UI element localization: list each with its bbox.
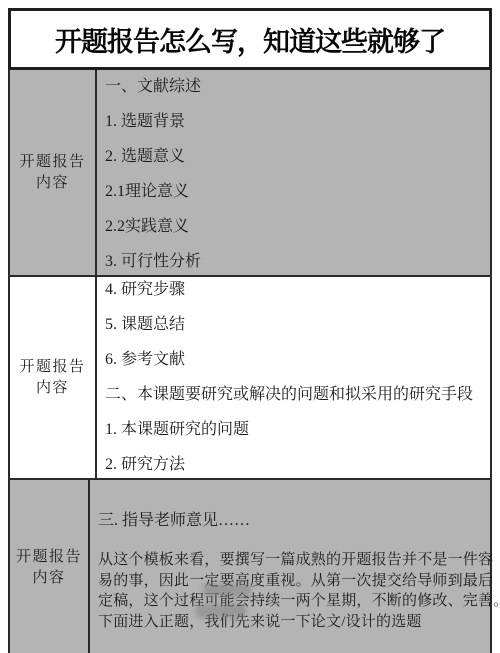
list-item: 1. 本课题研究的问题	[105, 421, 490, 456]
row-label-line: 开题报告	[16, 547, 82, 568]
row-label-cell: 开题报告 内容	[10, 480, 90, 653]
watermark-smudge	[203, 584, 251, 597]
advice-paragraph: 从这个模板来看，要撰写一篇成熟的开题报告并不是一件容 易的事，因此一定要高度重视…	[98, 550, 490, 632]
paragraph-line: 下面进入正题，我们先来说一下论文/设计的选题	[98, 612, 490, 633]
row-label-line: 开题报告	[19, 152, 85, 173]
list-item: 2.1理论意义	[105, 183, 490, 218]
table-row-2: 开题报告 内容 4. 研究步骤 5. 课题总结 6. 参考文献 二、本课题要研究…	[8, 277, 492, 480]
page-title: 开题报告怎么写，知道这些就够了	[55, 20, 445, 59]
paragraph-line: 易的事，因此一定要高度重视。从第一次提交给导师到最后	[98, 571, 490, 592]
row-label-line: 内容	[32, 568, 65, 589]
table-row-3: 开题报告 内容 三. 指导老师意见…… 从这个模板来看，要撰写一篇成熟的开题报告…	[8, 480, 492, 653]
list-item: 二、本课题要研究或解决的问题和拟采用的研究手段	[105, 386, 490, 421]
row-label-line: 开题报告	[19, 357, 85, 378]
list-item: 4. 研究步骤	[105, 281, 490, 316]
list-item: 一、文献综述	[105, 78, 490, 113]
list-item: 2.2实践意义	[105, 218, 490, 253]
row-label-cell: 开题报告 内容	[10, 277, 97, 478]
list-item: 5. 课题总结	[105, 316, 490, 351]
row-label-line: 内容	[36, 378, 69, 399]
list-item: 2. 选题意义	[105, 148, 490, 183]
list-item: 1. 选题背景	[105, 113, 490, 148]
proposal-table: 开题报告怎么写，知道这些就够了 开题报告 内容 一、文献综述 1. 选题背景 2…	[8, 8, 492, 653]
title-banner: 开题报告怎么写，知道这些就够了	[8, 8, 492, 70]
row-label-line: 内容	[36, 173, 69, 194]
section-heading: 三. 指导老师意见……	[98, 512, 490, 529]
list-item: 6. 参考文献	[105, 351, 490, 386]
table-row-1: 开题报告 内容 一、文献综述 1. 选题背景 2. 选题意义 2.1理论意义 2…	[8, 70, 492, 277]
row-content-cell: 三. 指导老师意见…… 从这个模板来看，要撰写一篇成熟的开题报告并不是一件容 易…	[90, 480, 490, 653]
row-content-cell: 一、文献综述 1. 选题背景 2. 选题意义 2.1理论意义 2.2实践意义 3…	[97, 70, 490, 275]
row-content-cell: 4. 研究步骤 5. 课题总结 6. 参考文献 二、本课题要研究或解决的问题和拟…	[97, 277, 490, 478]
paragraph-line: 定稿，这个过程可能会持续一两个星期，不断的修改、完善。	[98, 591, 490, 612]
watermark-smudge	[196, 604, 246, 618]
document-page: 开题报告怎么写，知道这些就够了 开题报告 内容 一、文献综述 1. 选题背景 2…	[0, 0, 500, 653]
paragraph-line: 从这个模板来看，要撰写一篇成熟的开题报告并不是一件容	[98, 550, 490, 571]
row-label-cell: 开题报告 内容	[10, 70, 97, 275]
